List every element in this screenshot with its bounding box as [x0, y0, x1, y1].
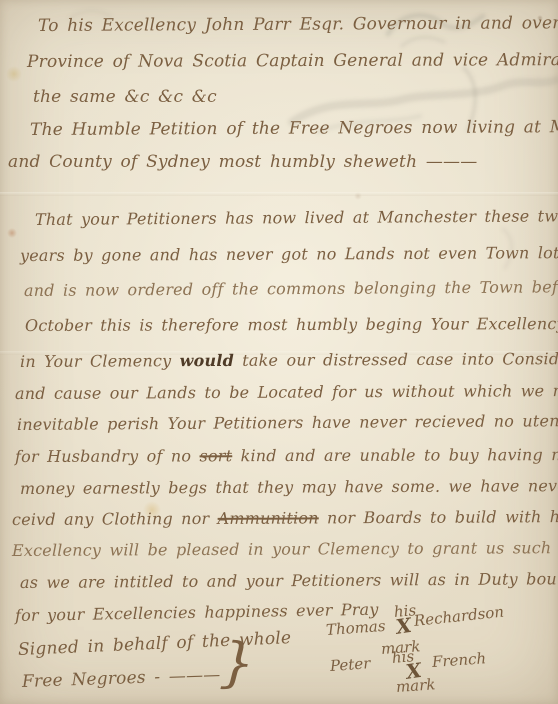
body-line-12: as we are intitled to and your Petitione… — [20, 569, 558, 592]
body-line-1: That your Petitioners has now lived at M… — [35, 206, 558, 229]
body-line-3: and is now ordered off the commons belon… — [24, 277, 558, 300]
body-line-4: October this is therefore most humbly be… — [25, 314, 558, 335]
body-line-8-pre: for Husbandry of no — [15, 446, 200, 466]
body-line-10-pre: ceivd any Clothing nor — [12, 509, 218, 529]
body-line-9: money earnestly begs that they may have … — [20, 476, 558, 498]
closing-brace: } — [218, 630, 256, 695]
struck-word-ammunition: Ammunition — [218, 508, 319, 528]
heading-line-3: the same &c &c &c — [33, 87, 217, 107]
signature-peter-forename: Peter — [329, 654, 371, 675]
closing-free-negroes-line: Free Negroes - ——— — [22, 665, 221, 692]
paper-crease — [0, 192, 558, 196]
body-line-6: and cause our Lands to be Located for us… — [15, 381, 558, 403]
signature-french-surname: French — [431, 649, 486, 671]
body-line-5: in Your Clemency would take our distress… — [20, 349, 558, 371]
body-line-8: for Husbandry of no sort kind and are un… — [15, 445, 558, 466]
heading-line-1: To his Excellency John Parr Esqr. Govern… — [38, 13, 558, 36]
body-line-13-prayer: for your Excellencies happiness ever Pra… — [15, 600, 379, 625]
signature-rechardson-surname: Rechardson — [413, 603, 505, 630]
body-line-2: years by gone and has never got no Lands… — [20, 243, 558, 265]
overwritten-word-would: would — [180, 351, 234, 370]
heading-line-2: Province of Nova Scotia Captain General … — [27, 50, 558, 72]
body-line-10-post: nor Boards to build with hopes your — [319, 507, 558, 528]
petition-title-line-1: The Humble Petition of the Free Negroes … — [30, 117, 558, 140]
signature-thomas-forename: Thomas — [325, 617, 386, 639]
petition-manuscript-page: To his Excellency John Parr Esqr. Govern… — [0, 0, 558, 704]
body-line-8-post: kind and are unable to buy having no- — [232, 445, 558, 465]
body-line-5-pre: in Your Clemency — [20, 351, 180, 371]
struck-word-sort: sort — [199, 446, 232, 465]
body-line-10: ceivd any Clothing nor Ammunition nor Bo… — [12, 507, 558, 529]
body-line-7: inevitable perish Your Petitioners have … — [17, 411, 558, 434]
signature-peter-mark-word: mark — [395, 675, 436, 696]
signature-thomas-x-mark: X — [394, 613, 413, 639]
body-line-5-post: take our distressed case into Considerat… — [234, 349, 558, 370]
petition-title-line-2: and County of Sydney most humbly sheweth… — [8, 152, 477, 172]
body-line-11: Excellency will be pleased in your Cleme… — [12, 538, 558, 560]
